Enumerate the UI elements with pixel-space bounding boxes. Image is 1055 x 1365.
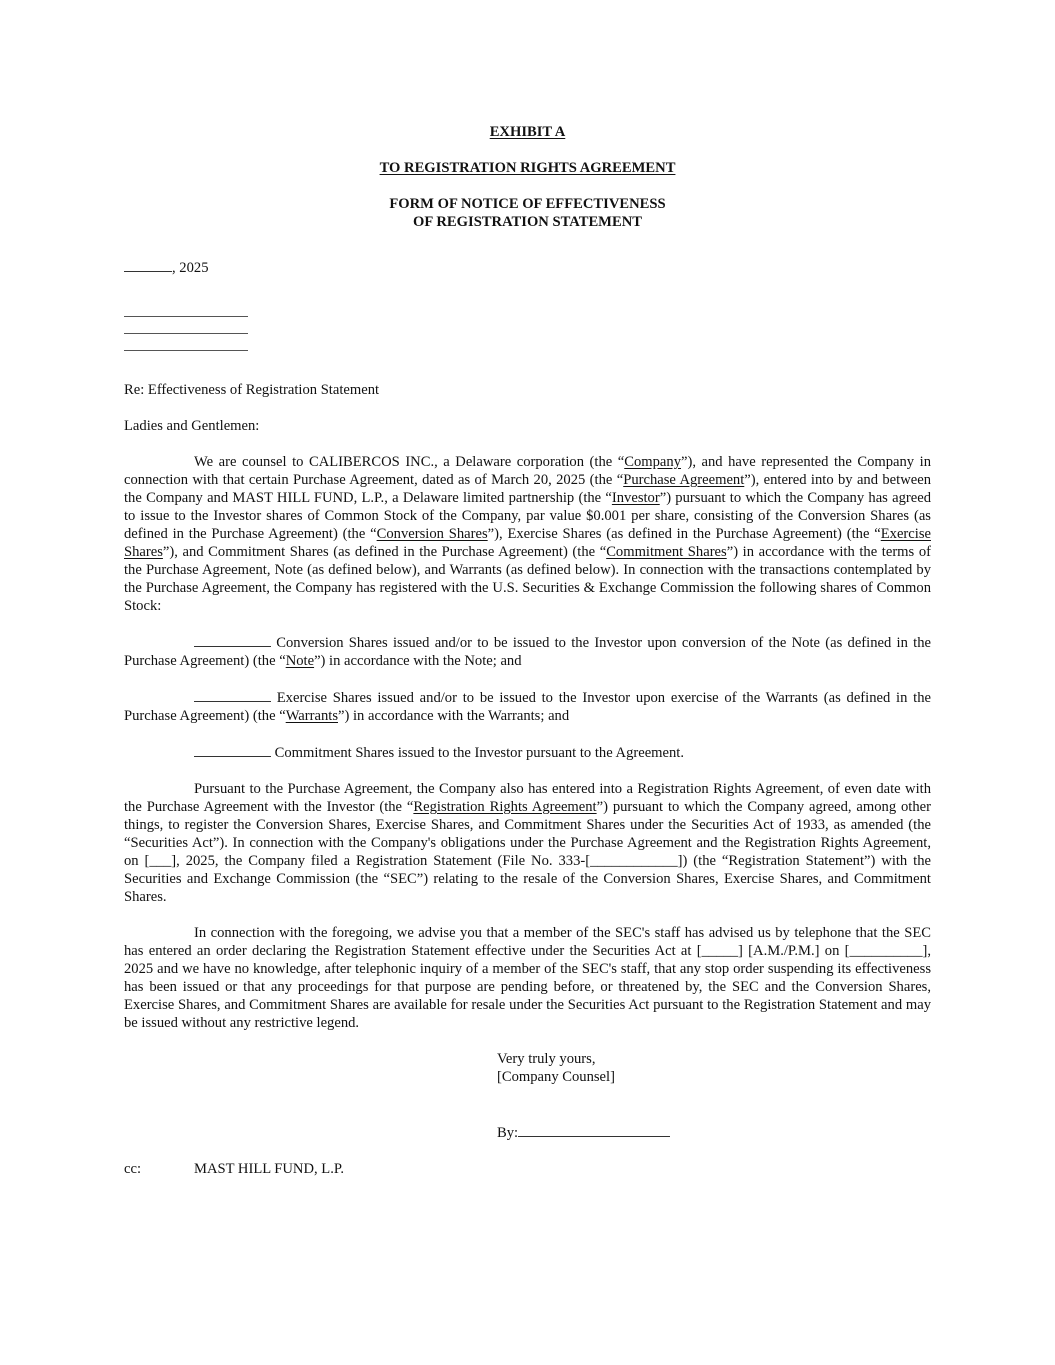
paragraph-counsel: We are counsel to CALIBERCOS INC., a Del… (124, 453, 931, 615)
defined-term: Conversion Shares (377, 526, 488, 542)
defined-term: Company (624, 454, 681, 470)
salutation: Ladies and Gentlemen: (124, 417, 931, 435)
agreement-subtitle: TO REGISTRATION RIGHTS AGREEMENT (124, 159, 931, 177)
exhibit-heading: EXHIBIT A (124, 123, 931, 141)
shares-item-commitment: Commitment Shares issued to the Investor… (124, 743, 931, 762)
share-count-blank (194, 688, 271, 702)
paragraph-effectiveness: In connection with the foregoing, we adv… (124, 924, 931, 1032)
signature-by-line: By: (497, 1122, 931, 1142)
defined-term: Registration Rights Agreement (413, 799, 596, 815)
addressee-line (124, 334, 248, 351)
signature-signer: [Company Counsel] (497, 1068, 931, 1086)
form-title: FORM OF NOTICE OF EFFECTIVENESS OF REGIS… (124, 195, 931, 231)
share-count-blank (194, 633, 271, 647)
date-blank (124, 258, 172, 272)
cc-line: cc: MAST HILL FUND, L.P. (124, 1160, 931, 1178)
signature-closing: Very truly yours, (497, 1050, 931, 1068)
defined-term: Warrants (286, 708, 338, 724)
signature-blank (518, 1122, 670, 1137)
defined-term: Note (286, 653, 314, 669)
addressee-line (124, 300, 248, 317)
shares-item-conversion: Conversion Shares issued and/or to be is… (124, 633, 931, 670)
share-count-blank (194, 743, 271, 757)
defined-term: Purchase Agreement (623, 472, 744, 488)
re-line: Re: Effectiveness of Registration Statem… (124, 381, 931, 399)
shares-item-exercise: Exercise Shares issued and/or to be issu… (124, 688, 931, 725)
defined-term: Commitment Shares (606, 544, 727, 560)
addressee-line (124, 317, 248, 334)
defined-term: Investor (612, 490, 660, 506)
document-page: EXHIBIT A TO REGISTRATION RIGHTS AGREEME… (124, 123, 931, 1178)
paragraph-registration: Pursuant to the Purchase Agreement, the … (124, 780, 931, 906)
date-line: , 2025 (124, 258, 931, 277)
addressee-block (124, 300, 931, 351)
